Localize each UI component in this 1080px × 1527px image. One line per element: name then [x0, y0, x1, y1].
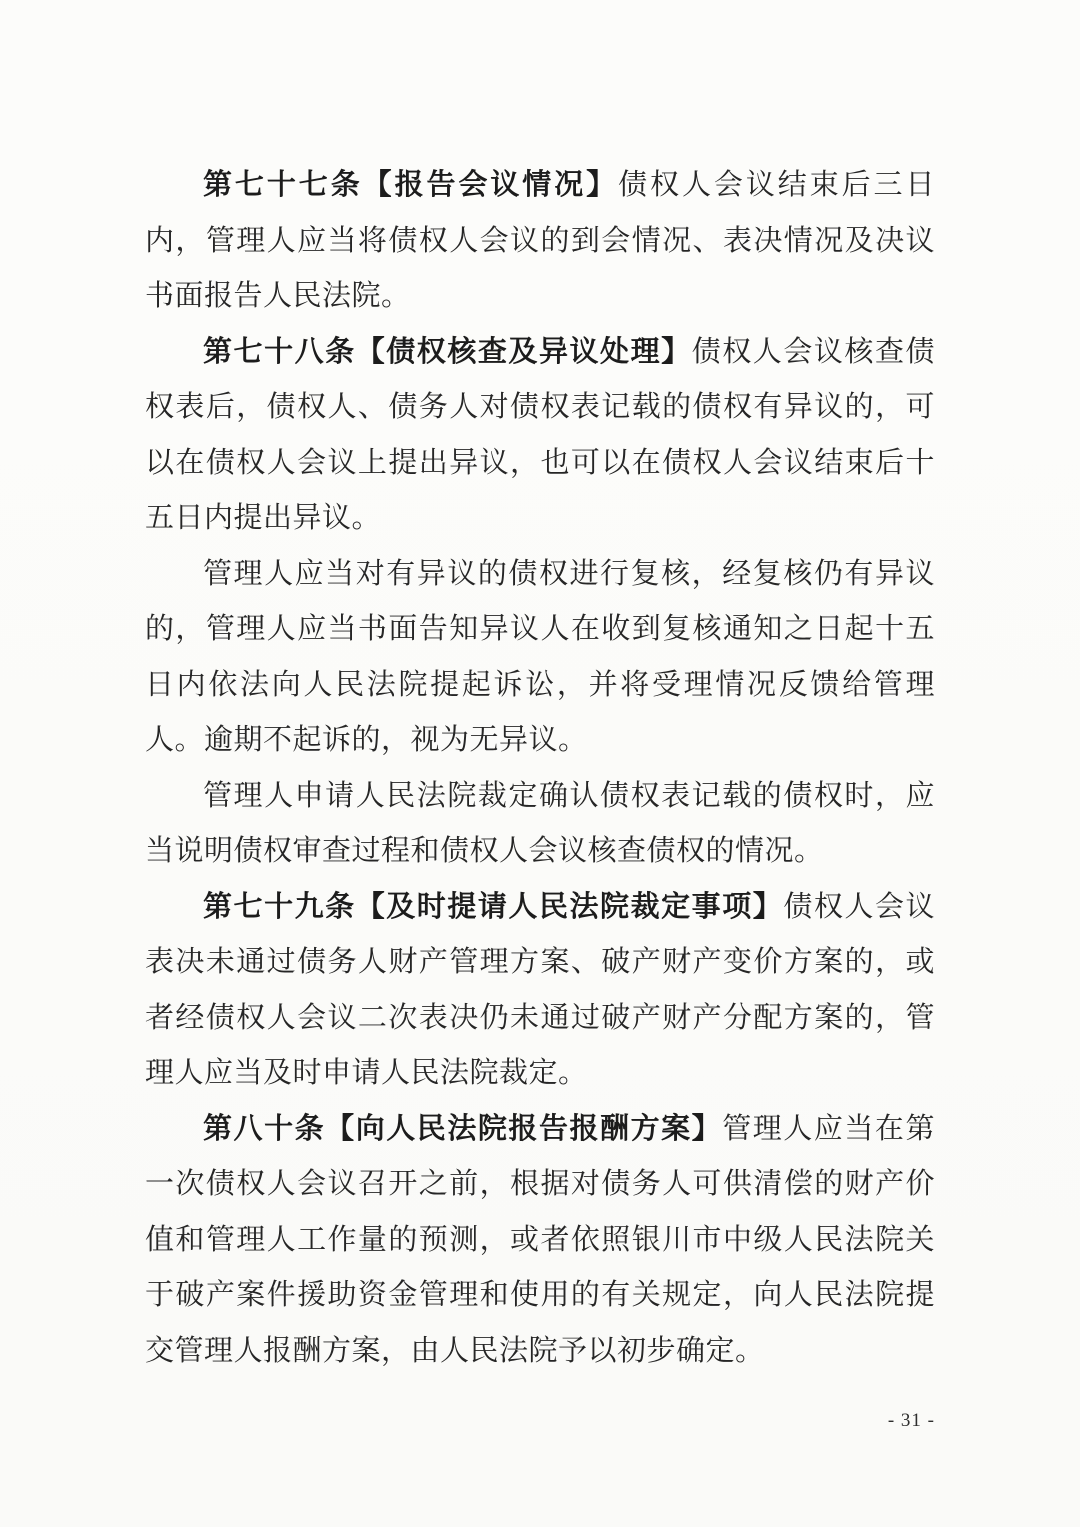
document-page: 第七十七条【报告会议情况】债权人会议结束后三日内，管理人应当将债权人会议的到会情… [0, 0, 1080, 1527]
paragraph-article-78-clause-2: 管理人应当对有异议的债权进行复核，经复核仍有异议的，管理人应当书面告知异议人在收… [145, 547, 935, 769]
paragraph-article-79: 第七十九条【及时提请人民法院裁定事项】债权人会议表决未通过债务人财产管理方案、破… [145, 880, 935, 1102]
paragraph-article-78: 第七十八条【债权核查及异议处理】债权人会议核查债权表后，债权人、债务人对债权表记… [145, 325, 935, 547]
page-number: - 31 - [888, 1406, 935, 1436]
article-80-heading: 第八十条【向人民法院报告报酬方案】 [203, 1113, 722, 1145]
paragraph-article-77: 第七十七条【报告会议情况】债权人会议结束后三日内，管理人应当将债权人会议的到会情… [145, 158, 935, 325]
paragraph-article-78-clause-3: 管理人申请人民法院裁定确认债权表记载的债权时，应当说明债权审查过程和债权人会议核… [145, 769, 935, 880]
document-body: 第七十七条【报告会议情况】债权人会议结束后三日内，管理人应当将债权人会议的到会情… [145, 158, 935, 1379]
article-78-clause-3-text: 管理人申请人民法院裁定确认债权表记载的债权时，应当说明债权审查过程和债权人会议核… [145, 780, 935, 868]
article-78-heading: 第七十八条【债权核查及异议处理】 [203, 336, 692, 368]
article-77-heading: 第七十七条【报告会议情况】 [203, 169, 618, 201]
paragraph-article-80: 第八十条【向人民法院报告报酬方案】管理人应当在第一次债权人会议召开之前，根据对债… [145, 1102, 935, 1380]
article-79-heading: 第七十九条【及时提请人民法院裁定事项】 [203, 891, 783, 923]
article-80-text: 管理人应当在第一次债权人会议召开之前，根据对债务人可供清偿的财产价值和管理人工作… [145, 1113, 935, 1367]
article-78-clause-2-text: 管理人应当对有异议的债权进行复核，经复核仍有异议的，管理人应当书面告知异议人在收… [145, 558, 935, 757]
